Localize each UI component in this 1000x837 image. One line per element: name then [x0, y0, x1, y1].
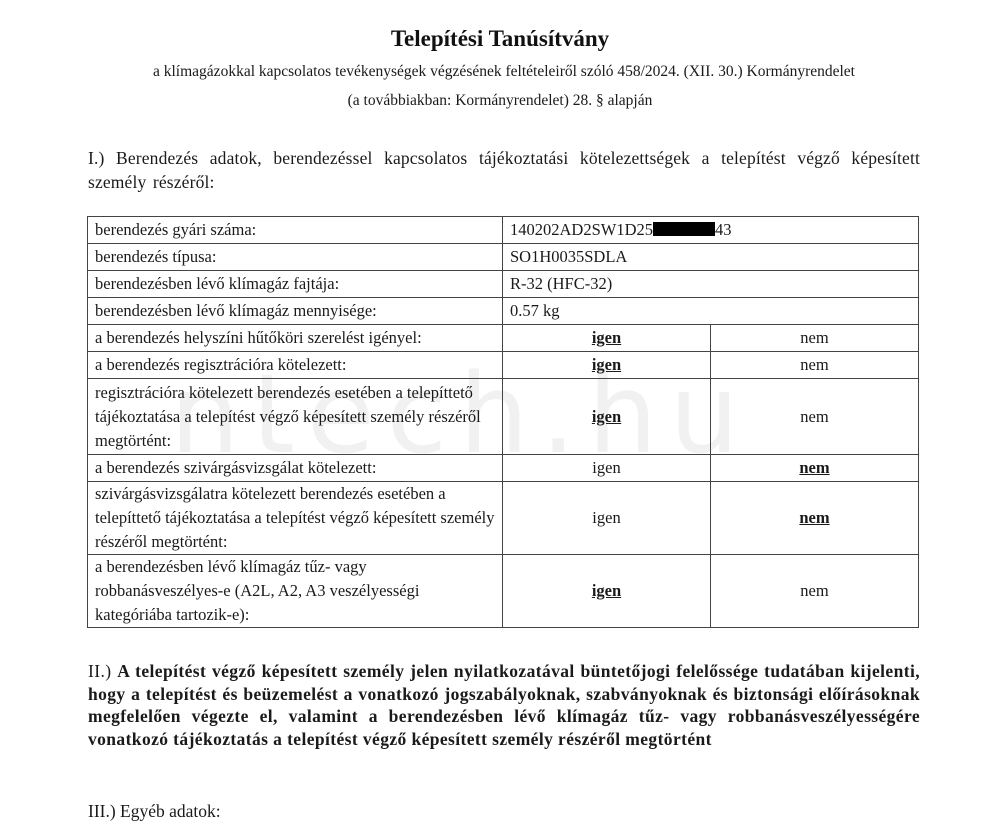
serial-prefix: 140202AD2SW1D25	[510, 220, 653, 239]
table-row-gas-quantity: berendezésben lévő klímagáz mennyisége: …	[88, 298, 919, 325]
choice-no: nem	[711, 379, 919, 455]
serial-number-value: 140202AD2SW1D2543	[503, 217, 919, 244]
choice-yes: igen	[503, 482, 711, 555]
table-row-type: berendezés típusa: SO1H0035SDLA	[88, 244, 919, 271]
section-2-prefix: II.)	[88, 661, 117, 681]
document-subtitle-line1: a klímagázokkal kapcsolatos tevékenysége…	[0, 63, 1000, 81]
choice-no: nem	[711, 555, 919, 628]
table-row-leak-test-required: a berendezés szivárgásvizsgálat köteleze…	[88, 455, 919, 482]
choice-no: nem	[711, 482, 919, 555]
row-label: a berendezés helyszíni hűtőköri szerelés…	[88, 325, 503, 352]
serial-suffix: 43	[715, 220, 732, 239]
section-1-heading: I.) Berendezés adatok, berendezéssel kap…	[88, 146, 920, 194]
row-label: berendezésben lévő klímagáz fajtája:	[88, 271, 503, 298]
row-label: berendezésben lévő klímagáz mennyisége:	[88, 298, 503, 325]
document-title: Telepítési Tanúsítvány	[0, 26, 1000, 52]
row-label: berendezés gyári száma:	[88, 217, 503, 244]
row-label: regisztrációra kötelezett berendezés ese…	[88, 379, 503, 455]
choice-no: nem	[711, 352, 919, 379]
row-label: a berendezésben lévő klímagáz tűz- vagy …	[88, 555, 503, 628]
table-row-gas-type: berendezésben lévő klímagáz fajtája: R-3…	[88, 271, 919, 298]
table-row-flammability: a berendezésben lévő klímagáz tűz- vagy …	[88, 555, 919, 628]
choice-no: nem	[711, 455, 919, 482]
row-value: R-32 (HFC-32)	[503, 271, 919, 298]
choice-yes: igen	[503, 379, 711, 455]
table-row-onsite-install: a berendezés helyszíni hűtőköri szerelés…	[88, 325, 919, 352]
row-label: szivárgásvizsgálatra kötelezett berendez…	[88, 482, 503, 555]
choice-yes: igen	[503, 352, 711, 379]
table-row-registration-required: a berendezés regisztrációra kötelezett: …	[88, 352, 919, 379]
choice-no: nem	[711, 325, 919, 352]
table-row-leak-test-info: szivárgásvizsgálatra kötelezett berendez…	[88, 482, 919, 555]
row-label: berendezés típusa:	[88, 244, 503, 271]
equipment-table: berendezés gyári száma: 140202AD2SW1D254…	[87, 216, 919, 628]
row-label: a berendezés szivárgásvizsgálat köteleze…	[88, 455, 503, 482]
row-value: SO1H0035SDLA	[503, 244, 919, 271]
choice-yes: igen	[503, 325, 711, 352]
document-subtitle-line2: (a továbbiakban: Kormányrendelet) 28. § …	[0, 92, 1000, 110]
table-row-registration-info: regisztrációra kötelezett berendezés ese…	[88, 379, 919, 455]
section-2-declaration: II.) A telepítést végző képesített szemé…	[88, 660, 920, 750]
redaction-bar	[653, 222, 715, 236]
row-value: 0.57 kg	[503, 298, 919, 325]
table-row-serial: berendezés gyári száma: 140202AD2SW1D254…	[88, 217, 919, 244]
row-label: a berendezés regisztrációra kötelezett:	[88, 352, 503, 379]
choice-yes: igen	[503, 455, 711, 482]
section-2-text: A telepítést végző képesített személy je…	[88, 661, 920, 749]
choice-yes: igen	[503, 555, 711, 628]
section-3-heading: III.) Egyéb adatok:	[88, 801, 221, 822]
